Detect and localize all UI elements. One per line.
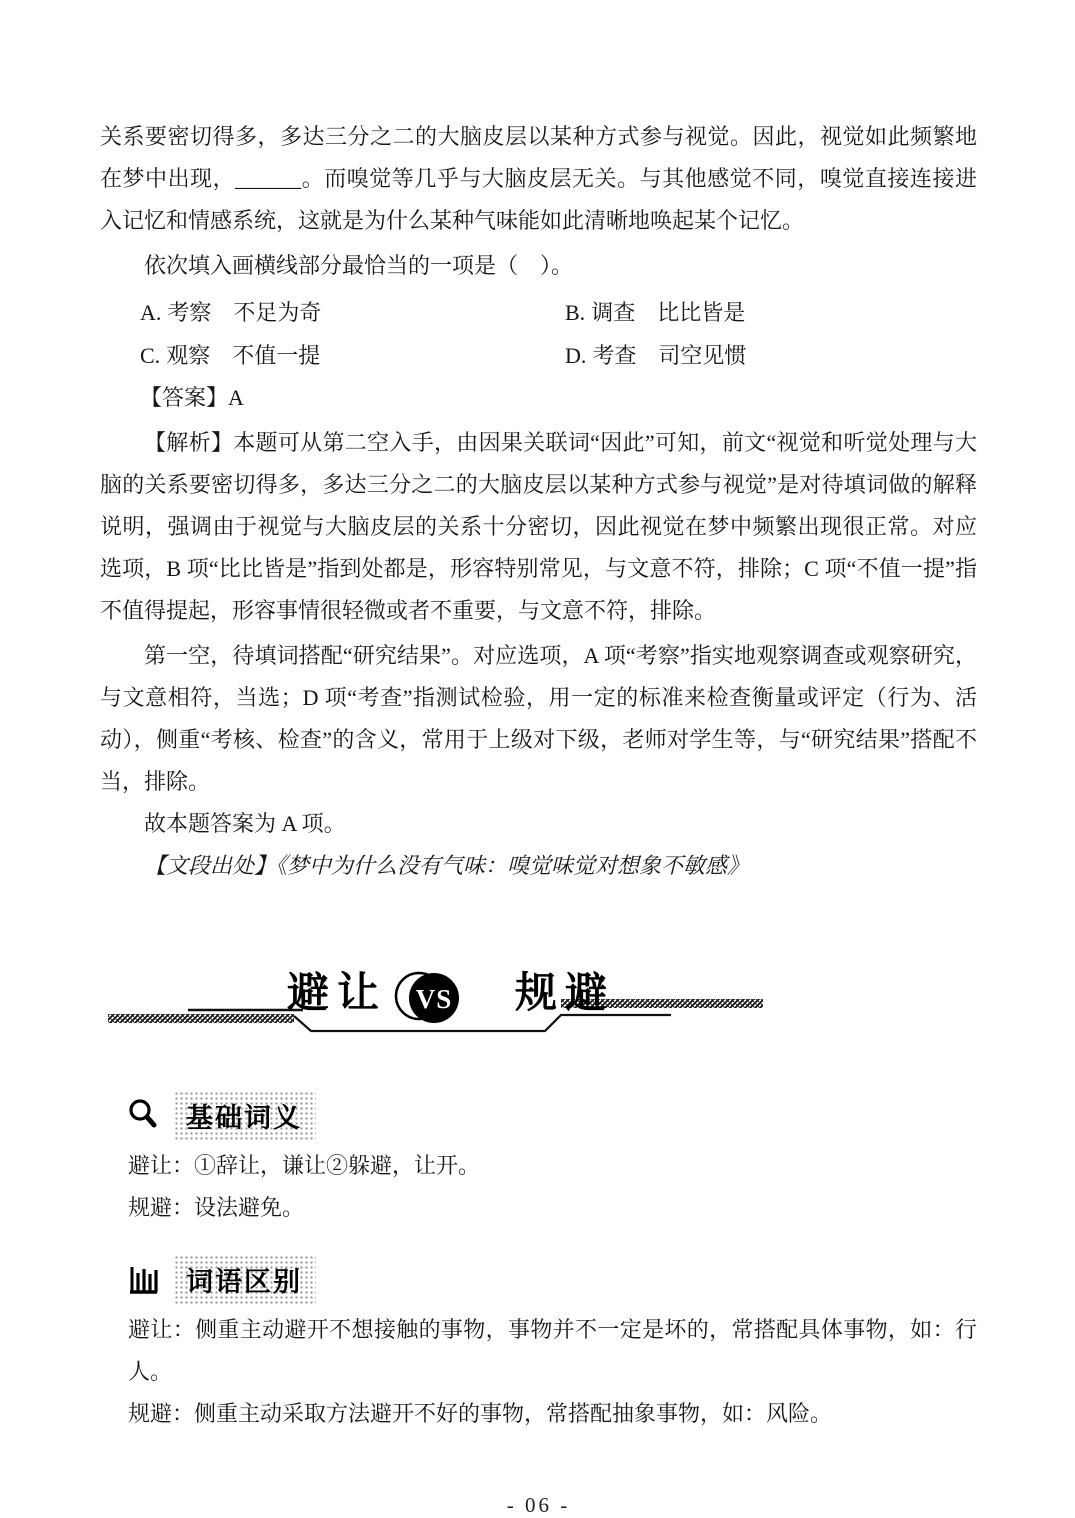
ribbon-left-hatch-band bbox=[108, 1014, 294, 1023]
option-d: D.考查 司空见惯 bbox=[565, 339, 977, 370]
entry-term: 规避： bbox=[128, 1195, 194, 1220]
source-title: 《梦中为什么没有气味：嗅觉味觉对想象不敏感》 bbox=[276, 853, 749, 878]
passage-text: 关系要密切得多，多达三分之二的大脑皮层以某种方式参与视觉。因此，视觉如此频繁地在… bbox=[100, 116, 977, 242]
option-a: A.考察 不足为奇 bbox=[140, 296, 565, 327]
banner-right-word: 规避 bbox=[515, 970, 615, 1017]
entry-bi-rang: 避让：①辞让，谦让②躲避，让开。 bbox=[128, 1145, 977, 1187]
entry-definition: 侧重主动避开不想接触的事物，事物并不一定是坏的，常搭配具体事物，如：行人。 bbox=[128, 1317, 977, 1384]
option-c-text: 观察 不值一提 bbox=[166, 343, 320, 368]
section-basic-entries: 避让：①辞让，谦让②躲避，让开。 规避：设法避免。 bbox=[128, 1145, 977, 1229]
analysis-paragraph-1: 【解析】本题可从第二空入手，由因果关联词“因此”可知，前文“视觉和听觉处理与大脑… bbox=[100, 422, 977, 632]
answer-value: A bbox=[228, 385, 244, 410]
option-b-label: B. bbox=[565, 300, 585, 325]
banner-left-word: 避让 bbox=[287, 970, 387, 1017]
entry-term: 避让： bbox=[128, 1153, 194, 1178]
option-c: C.观察 不值一提 bbox=[140, 339, 565, 370]
options-grid: A.考察 不足为奇 B.调查 比比皆是 C.观察 不值一提 D.考查 司空见惯 bbox=[140, 290, 977, 376]
analysis-conclusion: 故本题答案为 A 项。 bbox=[100, 803, 977, 845]
book-page: 关系要密切得多，多达三分之二的大脑皮层以某种方式参与视觉。因此，视觉如此频繁地在… bbox=[0, 0, 1075, 1518]
entry-definition: 设法避免。 bbox=[194, 1195, 304, 1220]
entry-bi-rang-diff: 避让：侧重主动避开不想接触的事物，事物并不一定是坏的，常搭配具体事物，如：行人。 bbox=[128, 1309, 977, 1393]
source-label: 【文段出处】 bbox=[144, 853, 276, 878]
section-diff-entries: 避让：侧重主动避开不想接触的事物，事物并不一定是坏的，常搭配具体事物，如：行人。… bbox=[128, 1309, 977, 1435]
question-stem: 依次填入画横线部分最恰当的一项是（ ）。 bbox=[100, 245, 977, 287]
analysis-text-1: 本题可从第二空入手，由因果关联词“因此”可知，前文“视觉和听觉处理与大脑的关系要… bbox=[100, 430, 977, 623]
option-b: B.调查 比比皆是 bbox=[565, 296, 977, 327]
answer-line: 【答案】A bbox=[140, 376, 977, 419]
page-number: - 06 - bbox=[100, 1493, 977, 1518]
option-b-text: 调查 比比皆是 bbox=[591, 300, 745, 325]
option-d-label: D. bbox=[565, 343, 586, 368]
answer-label: 【答案】 bbox=[140, 385, 228, 410]
entry-term: 规避： bbox=[128, 1401, 194, 1426]
magnifier-icon bbox=[128, 1099, 160, 1133]
entry-definition: ①辞让，谦让②躲避，让开。 bbox=[194, 1153, 480, 1178]
section-word-difference: 词语区别 避让：侧重主动避开不想接触的事物，事物并不一定是坏的，常搭配具体事物，… bbox=[128, 1259, 977, 1435]
analysis-label: 【解析】 bbox=[144, 430, 233, 455]
option-d-text: 考查 司空见惯 bbox=[592, 343, 746, 368]
option-a-label: A. bbox=[140, 300, 161, 325]
section-diff-header: 词语区别 bbox=[128, 1259, 977, 1301]
entry-gui-bi-diff: 规避：侧重主动采取方法避开不好的事物，常搭配抽象事物，如：风险。 bbox=[128, 1393, 977, 1435]
vs-text: VS bbox=[416, 984, 453, 1014]
entry-gui-bi: 规避：设法避免。 bbox=[128, 1187, 977, 1229]
entry-term: 避让： bbox=[128, 1317, 195, 1342]
option-c-label: C. bbox=[140, 343, 160, 368]
entry-definition: 侧重主动采取方法避开不好的事物，常搭配抽象事物，如：风险。 bbox=[194, 1401, 832, 1426]
option-a-text: 考察 不足为奇 bbox=[167, 300, 321, 325]
section-diff-title: 词语区别 bbox=[174, 1255, 316, 1305]
analysis-paragraph-2: 第一空，待填词搭配“研究结果”。对应选项，A 项“考察”指实地观察调查或观察研究… bbox=[100, 635, 977, 803]
vs-banner-ribbon: 避让 VS 规避 bbox=[105, 943, 865, 1045]
section-basic-header: 基础词义 bbox=[128, 1095, 977, 1137]
source-line: 【文段出处】《梦中为什么没有气味：嗅觉味觉对想象不敏感》 bbox=[100, 845, 977, 887]
ribbon-trapezoid bbox=[294, 1015, 671, 1031]
vs-banner: 避让 VS 规避 bbox=[105, 943, 865, 1045]
section-basic-title: 基础词义 bbox=[174, 1091, 316, 1141]
bar-chart-icon bbox=[128, 1263, 160, 1297]
section-basic-meaning: 基础词义 避让：①辞让，谦让②躲避，让开。 规避：设法避免。 bbox=[128, 1095, 977, 1229]
